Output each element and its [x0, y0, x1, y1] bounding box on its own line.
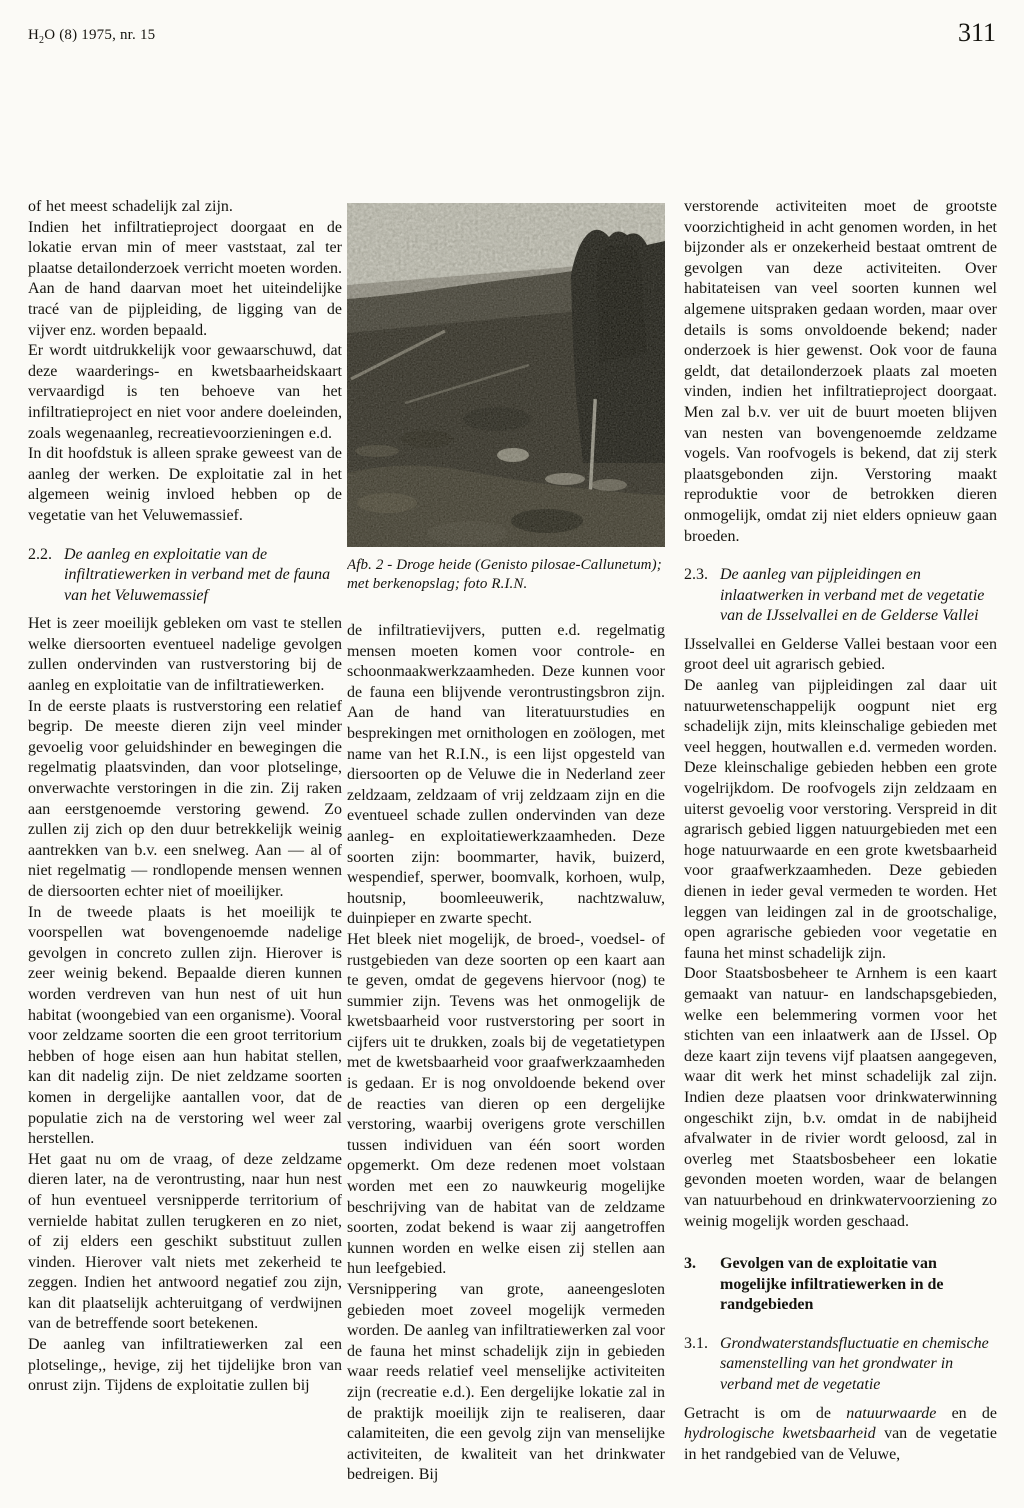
section-heading: 2.3.De aanleg van pijpleidingen en inlaa…: [684, 565, 997, 627]
paragraph: Door Staatsbosbeheer te Arnhem is een ka…: [684, 964, 997, 1232]
paragraph: Het bleek niet mogelijk, de broed-, voed…: [347, 930, 665, 1280]
photo-droge-heide: [347, 203, 665, 547]
paragraph: Versnippering van grote, aaneengesloten …: [347, 1280, 665, 1486]
paragraph: Getracht is om de natuurwaarde en de hyd…: [684, 1404, 997, 1466]
section-heading: 3.Gevolgen van de exploitatie van mogeli…: [684, 1254, 997, 1316]
paragraph: De aanleg van infiltratiewerken zal een …: [28, 1335, 342, 1397]
paragraph: Er wordt uitdrukkelijk voor gewaarschuwd…: [28, 341, 342, 444]
paragraph: of het meest schadelijk zal zijn.: [28, 197, 342, 218]
page-number: 311: [958, 18, 996, 48]
paragraph: In de tweede plaats is het moeilijk te v…: [28, 903, 342, 1150]
paragraph: Het gaat nu om de vraag, of deze zeldzam…: [28, 1150, 342, 1335]
section-heading: 3.1.Grondwaterstandsfluctuatie en chemis…: [684, 1334, 997, 1396]
paragraph: In dit hoofdstuk is alleen sprake gewees…: [28, 444, 342, 526]
figure-afb2: Afb. 2 - Droge heide (Genisto pilosae-Ca…: [347, 203, 665, 594]
paragraph: Indien het infiltratieproject doorgaat e…: [28, 218, 342, 342]
journal-page: H2O (8) 1975, nr. 15 311 of het meest sc…: [0, 0, 1024, 1508]
heath-landscape-photo: [347, 203, 665, 547]
paragraph: In de eerste plaats is rustverstoring ee…: [28, 697, 342, 903]
paragraph: Het is zeer moeilijk gebleken om vast te…: [28, 614, 342, 696]
paragraph: De aanleg van pijpleidingen zal daar uit…: [684, 676, 997, 964]
paragraph: de infiltratievijvers, putten e.d. regel…: [347, 621, 665, 930]
column-middle: Afb. 2 - Droge heide (Genisto pilosae-Ca…: [347, 197, 665, 1493]
column-right: verstorende activiteiten moet de grootst…: [684, 197, 997, 1493]
figure-caption: Afb. 2 - Droge heide (Genisto pilosae-Ca…: [347, 556, 665, 594]
paragraph: verstorende activiteiten moet de grootst…: [684, 197, 997, 547]
section-heading: 2.2.De aanleg en exploitatie van de infi…: [28, 545, 342, 607]
column-left: of het meest schadelijk zal zijn.Indien …: [28, 197, 342, 1493]
journal-reference: H2O (8) 1975, nr. 15: [28, 27, 155, 46]
paragraph: IJsselvallei en Gelderse Vallei bestaan …: [684, 635, 997, 676]
